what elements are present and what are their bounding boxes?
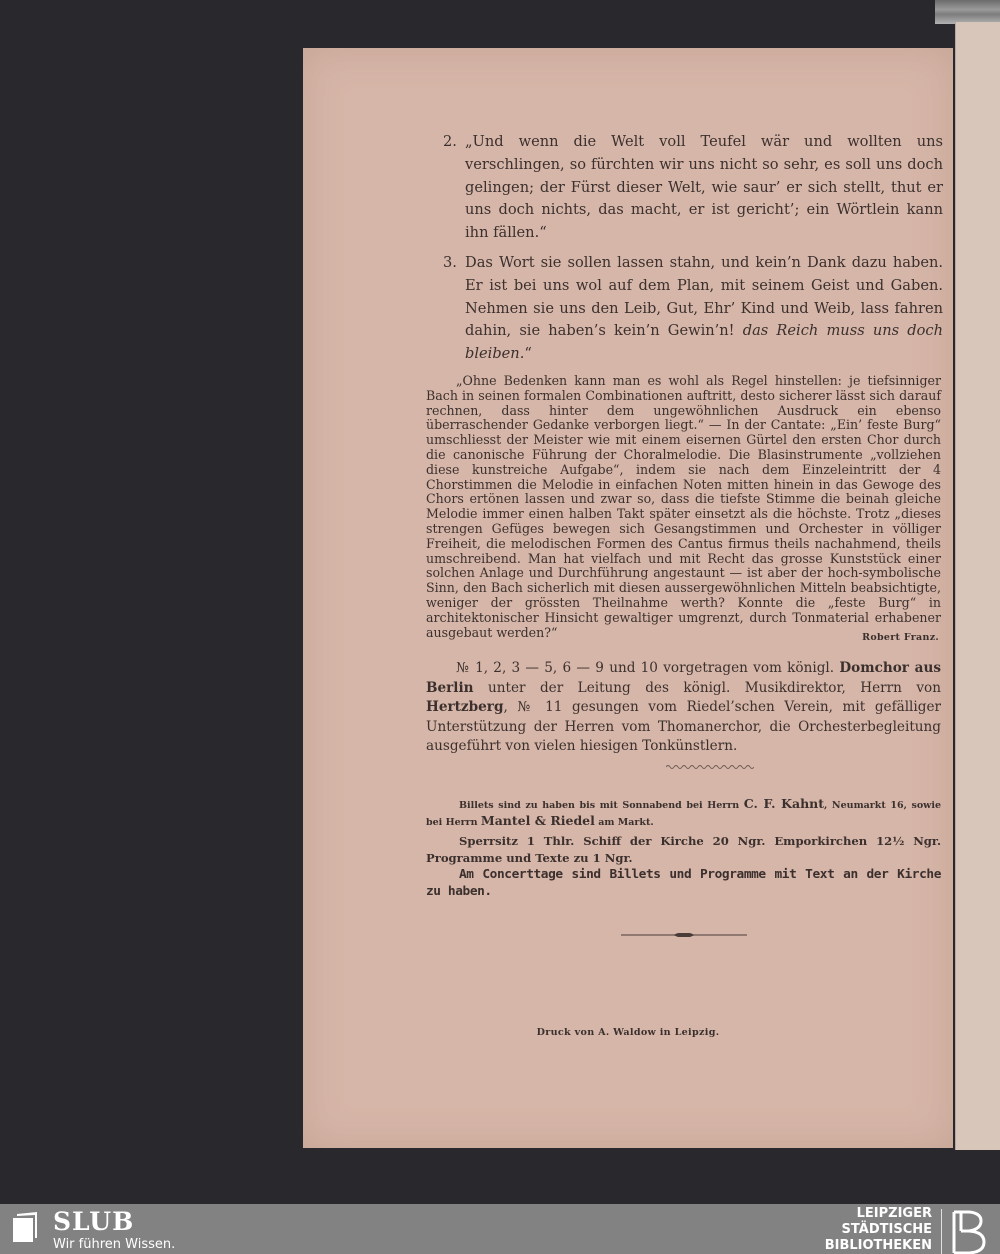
concert-day-notice: Am Concerttage sind Billets und Programm… — [426, 866, 941, 900]
document-viewer: 2. „Und wenn die Welt voll Teufel wär un… — [0, 0, 1000, 1204]
wavy-divider — [666, 764, 754, 770]
verse-closing-quote: “ — [524, 345, 531, 362]
adjacent-page — [955, 22, 1000, 1150]
brand-line: STÄDTISCHE — [825, 1222, 932, 1238]
franz-quote: „Ohne Bedenken kann man es wohl als Rege… — [426, 374, 941, 640]
footer-bar: SLUB Wir führen Wissen. LEIPZIGER STÄDTI… — [0, 1204, 1000, 1254]
scanned-page: 2. „Und wenn die Welt voll Teufel wär un… — [303, 48, 953, 1148]
verse-3: 3. Das Wort sie sollen lassen stahn, und… — [465, 252, 943, 366]
performers-paragraph: № 1, 2, 3 — 5, 6 — 9 und 10 vorgetragen … — [426, 659, 941, 757]
printer-imprint: Druck von A. Waldow in Leipzig. — [303, 1027, 953, 1038]
verse-text: „Und wenn die Welt voll Teufel wär und w… — [465, 133, 943, 241]
ornamental-rule — [621, 931, 747, 939]
performers-director: Hertzberg — [426, 699, 503, 715]
quote-attribution: Robert Franz. — [862, 632, 939, 643]
slub-brand[interactable]: SLUB — [53, 1207, 134, 1236]
verse-number: 3. — [443, 252, 457, 275]
performers-text: № 1, 2, 3 — 5, 6 — 9 und 10 vorgetragen … — [456, 660, 834, 676]
back-sheet-edge — [935, 0, 1000, 24]
leipzig-library-logo-icon[interactable] — [951, 1209, 987, 1254]
slub-tagline: Wir führen Wissen. — [53, 1237, 175, 1252]
brand-separator — [941, 1209, 942, 1254]
ticket-prices: Sperrsitz 1 Thlr. Schiff der Kirche 20 N… — [426, 833, 941, 867]
ticket-text: Billets sind zu haben bis mit Sonnabend … — [459, 800, 739, 811]
ticket-seller-kahnt: C. F. Kahnt — [744, 796, 824, 811]
performers-text: , № 11 gesungen vom Riedel’schen Verein,… — [426, 699, 941, 754]
verse-number: 2. — [443, 131, 457, 154]
ticket-info: Billets sind zu haben bis mit Sonnabend … — [426, 796, 941, 830]
ticket-seller-mantel-riedel: Mantel & Riedel — [481, 813, 595, 828]
slub-logo-icon[interactable] — [13, 1212, 43, 1242]
brand-line: LEIPZIGER — [825, 1206, 932, 1222]
leipzig-library-brand[interactable]: LEIPZIGER STÄDTISCHE BIBLIOTHEKEN — [825, 1206, 932, 1254]
brand-line: BIBLIOTHEKEN — [825, 1238, 932, 1254]
ticket-text: am Markt. — [598, 817, 653, 828]
verse-2: 2. „Und wenn die Welt voll Teufel wär un… — [465, 131, 943, 245]
performers-text: unter der Leitung des königl. Musikdirek… — [488, 680, 941, 696]
